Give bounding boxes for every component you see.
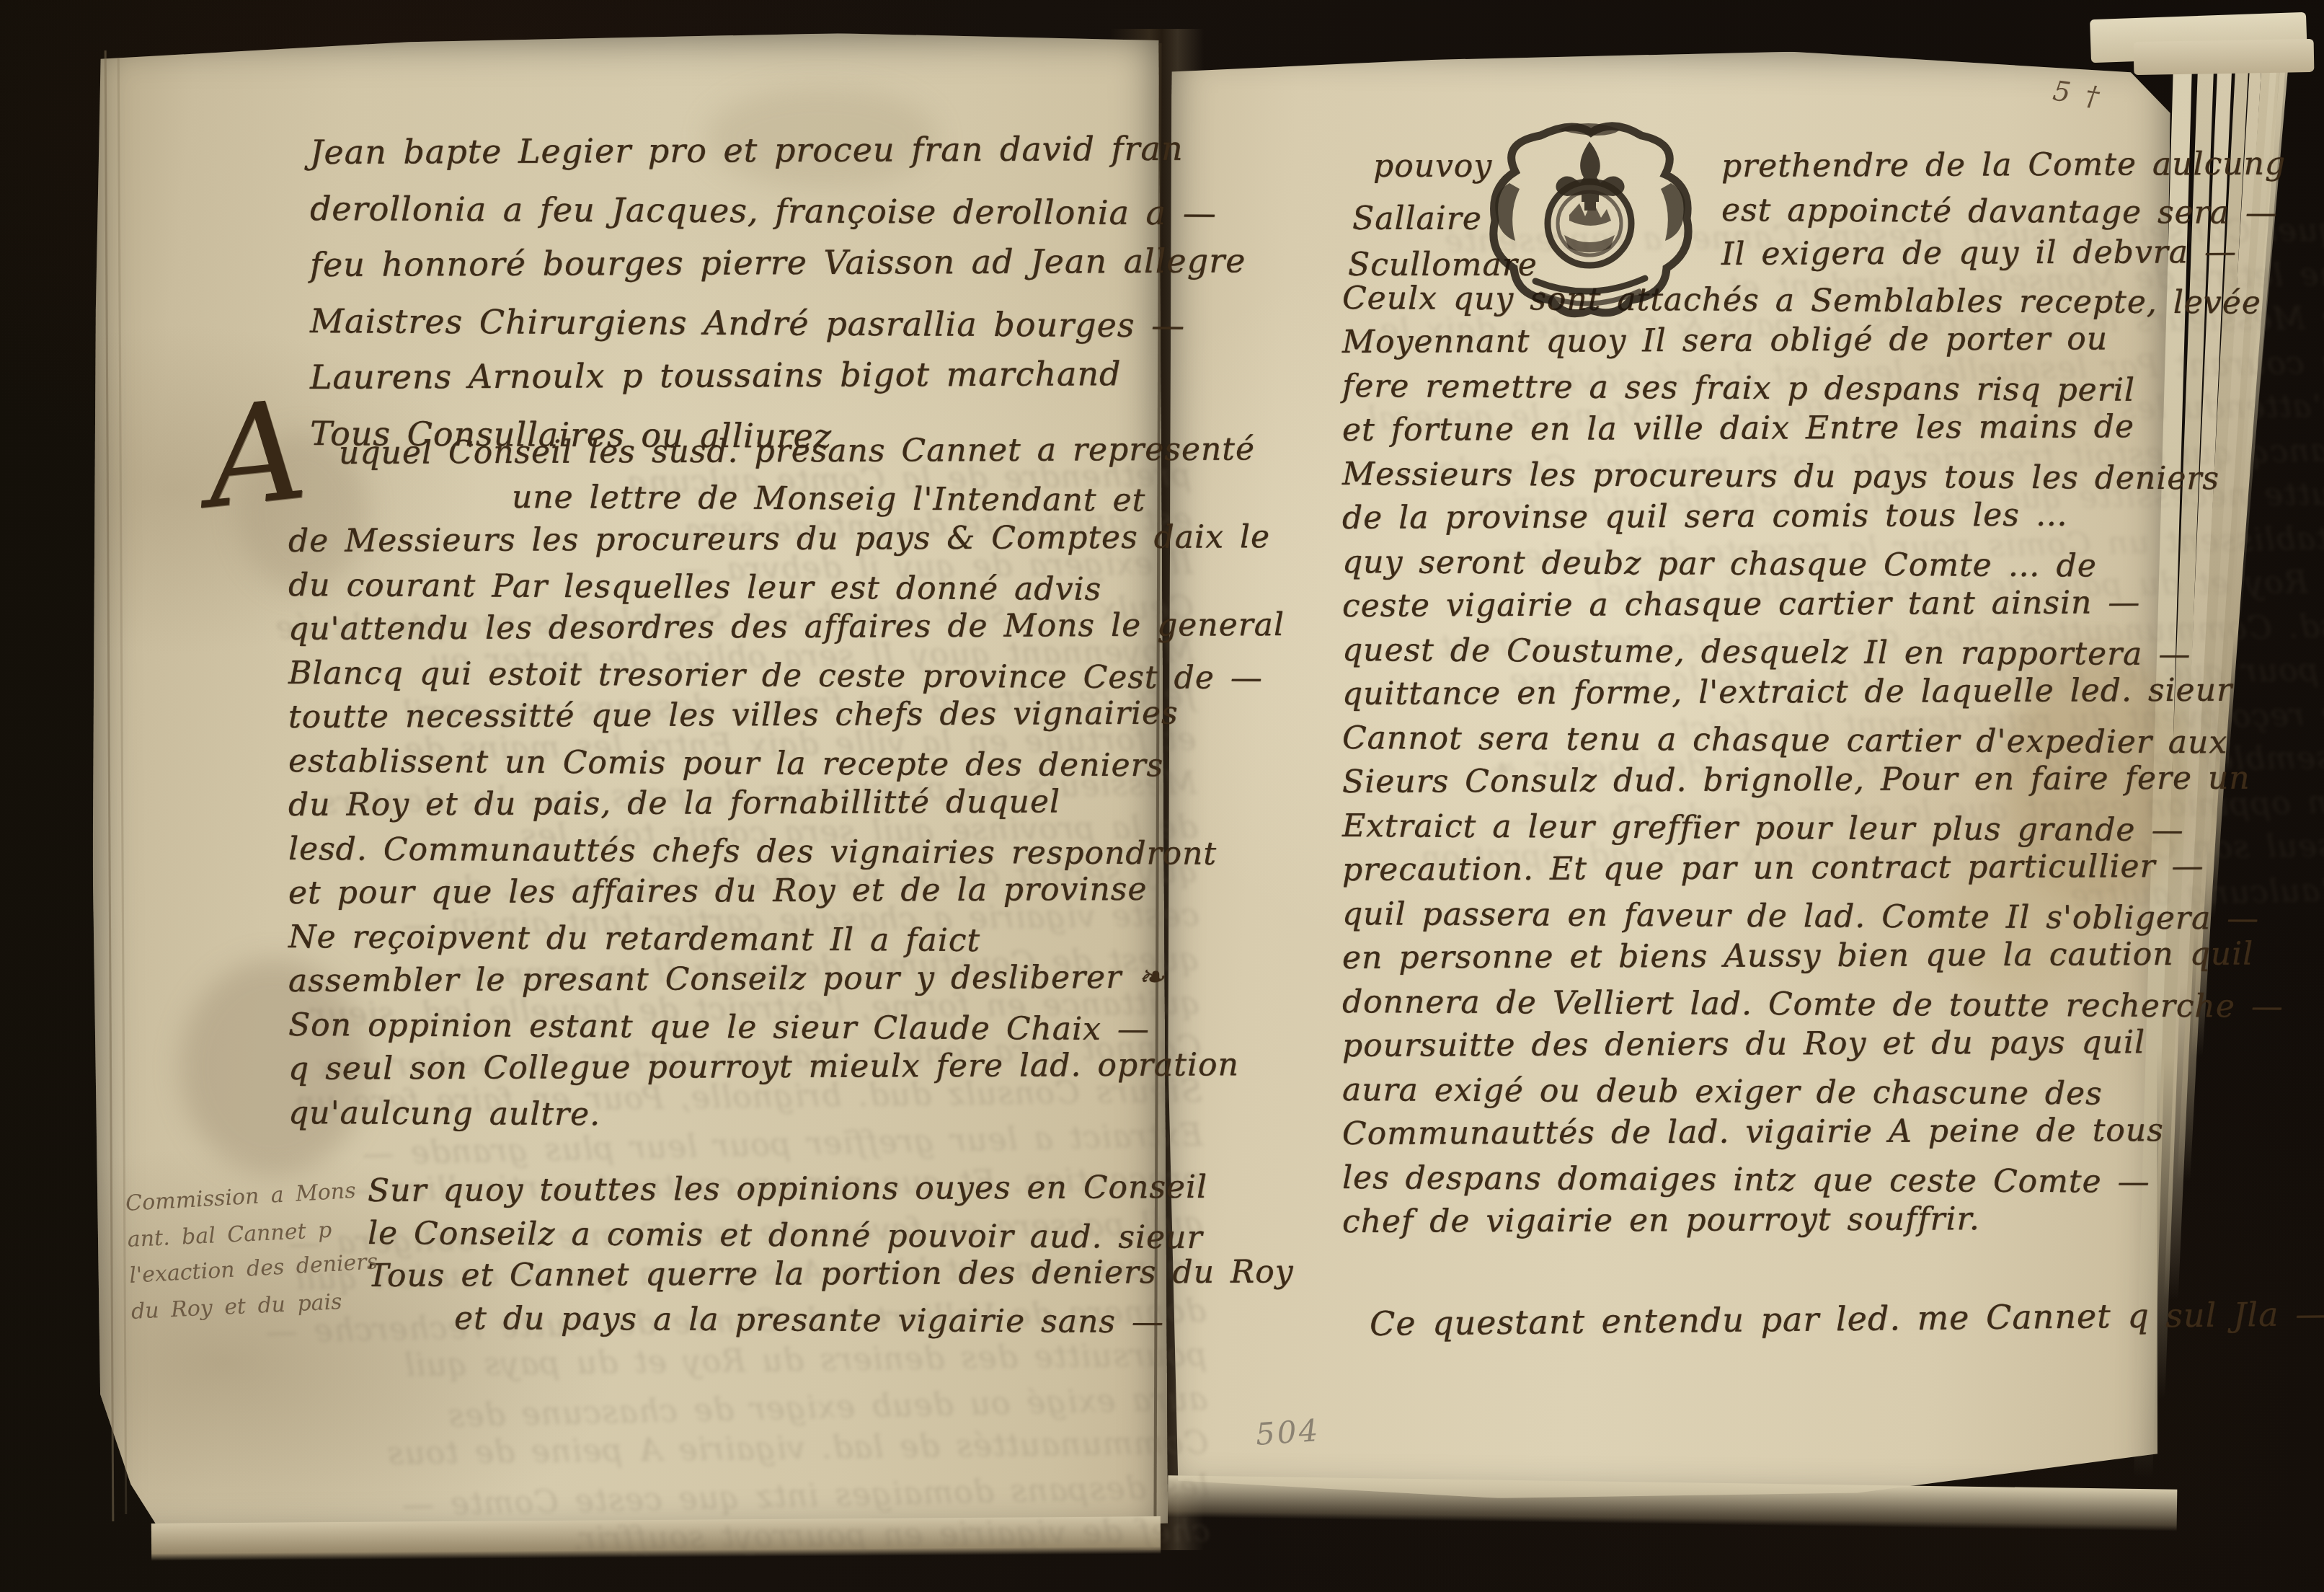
manuscript-line: Communauttés de lad. vigairie A peine de… <box>1342 1107 2286 1156</box>
manuscript-line: Tous et Cannet querre la portion des den… <box>368 1250 1294 1297</box>
left-page-body: uquel Conseil les susd. presans Cannet a… <box>288 431 1285 1135</box>
under-sheet-edge <box>1168 1475 2178 1531</box>
left-page-heading: Jean bapte Legier pro et proceu fran dav… <box>310 124 1246 461</box>
manuscript-line: Jean bapte Legier pro et proceu fran dav… <box>310 120 1246 180</box>
manuscript-line: Il exigera de quy il debvra — <box>1721 230 2286 276</box>
manuscript-line: prethendre de la Comte aulcung <box>1721 142 2286 188</box>
manuscript-line: et du pays a la presante vigairie sans — <box>454 1297 1294 1344</box>
manuscript-line: q seul son Collegue pourroyt mieulx fere… <box>288 1043 1285 1091</box>
manuscript-line: de la provinse quil sera comis tous les … <box>1342 492 2286 540</box>
manuscript-line: et pour que les affaires du Roy et de la… <box>288 867 1285 915</box>
left-page-closing: Sur quoy touttes les oppinions ouyes en … <box>368 1169 1294 1340</box>
manuscript-line: Laurens Arnoulx p toussains bigot marcha… <box>310 345 1246 405</box>
manuscript-line: ceste vigairie a chasque cartier tant ai… <box>1342 580 2286 628</box>
sheet-corner <box>2134 39 2315 75</box>
manuscript-line: derollonia a feu Jacques, françoise dero… <box>310 180 1246 242</box>
manuscript-photo: prethendre de la Comte aulcungest appoin… <box>0 0 2324 1592</box>
manuscript-line: chef de vigairie en pourroyt souffrir. <box>1342 1195 2286 1244</box>
manuscript-line: uquel Conseil les susd. presans Cannet a… <box>339 427 1285 475</box>
manuscript-line: qu'aulcung aultre. <box>288 1091 1285 1140</box>
manuscript-line: toutte necessitté que les villes chefs d… <box>288 691 1285 739</box>
manuscript-line: poursuitte des deniers du Roy et du pays… <box>1342 1020 2286 1068</box>
manuscript-line: est appoincté davantage sera — <box>1721 188 2286 235</box>
margin-note: Commission a Monsant. bal Cannet pl'exac… <box>125 1173 381 1330</box>
manuscript-line: et fortune en la ville daix Entre les ma… <box>1342 404 2286 452</box>
manuscript-line: quittance en forme, l'extraict de laquel… <box>1342 668 2286 716</box>
manuscript-line: assembler le presant Conseilz pour y des… <box>288 955 1285 1003</box>
manuscript-line: Sieurs Consulz dud. brignolle, Pour en f… <box>1342 756 2286 804</box>
page-number-pencil: 504 <box>1254 1412 1321 1452</box>
manuscript-line: Maistres Chirurgiens André pasrallia bou… <box>310 293 1246 354</box>
fleur-de-lis-stamp <box>1472 114 1710 330</box>
manuscript-line: qu'attendu les desordres des affaires de… <box>288 603 1285 651</box>
manuscript-line: de Messieurs les procureurs du pays & Co… <box>288 515 1285 563</box>
manuscript-line: en personne et biens Aussy bien que la c… <box>1342 932 2286 980</box>
manuscript-line: du Roy et du pais, de la fornabillitté d… <box>288 779 1285 827</box>
manuscript-line: precaution. Et que par un contract parti… <box>1342 844 2286 892</box>
folio-corner-mark: 5 † <box>2051 75 2102 113</box>
manuscript-line: feu honnoré bourges pierre Vaisson ad Je… <box>310 232 1246 293</box>
manuscript-line: Sur quoy touttes les oppinions ouyes en … <box>368 1165 1294 1212</box>
